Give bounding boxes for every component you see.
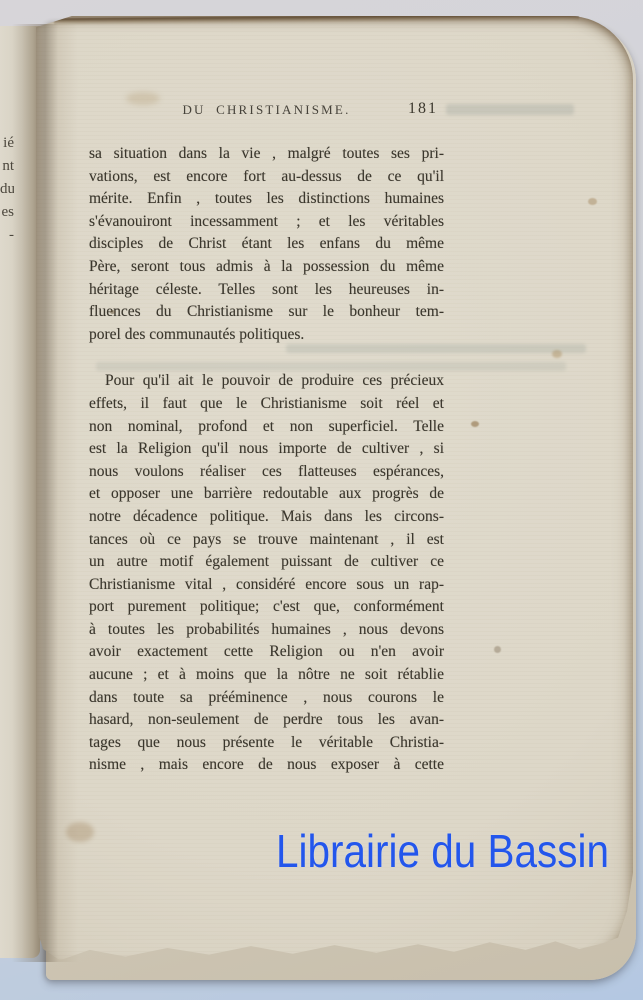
body-text: sa situation dans la vie , malgré toutes… bbox=[89, 143, 444, 777]
page-number: 181 bbox=[408, 100, 438, 118]
text-line: ié bbox=[0, 132, 14, 155]
text-line: es bbox=[0, 201, 14, 224]
text-line: nt bbox=[0, 155, 14, 178]
text-line: disciples de Christ étant les enfans du … bbox=[89, 233, 444, 256]
text-line: tances où ce pays se trouve maintenant ,… bbox=[89, 529, 444, 552]
text-line: fluences du Christianisme sur le bonheur… bbox=[89, 301, 444, 324]
text-line: s'évanouiront incessamment ; et les véri… bbox=[89, 211, 444, 234]
text-line: nous voulons réaliser ces flatteuses esp… bbox=[89, 461, 444, 484]
text-line: aucune ; et à moins que la nôtre ne soit… bbox=[89, 664, 444, 687]
text-line: Père, seront tous admis à la possession … bbox=[89, 256, 444, 279]
text-line: Pour qu'il ait le pouvoir de produire ce… bbox=[89, 370, 444, 393]
page-top-edge-shade bbox=[54, 14, 579, 26]
running-head-row: DU CHRISTIANISME. 181 bbox=[89, 102, 444, 122]
text-line: nisme , mais encore de nous exposer à ce… bbox=[89, 754, 444, 777]
text-line: un autre motif également puissant de cul… bbox=[89, 551, 444, 574]
foxing-stain bbox=[66, 822, 94, 842]
foxing-stain bbox=[588, 198, 597, 205]
text-line: port purement politique; c'est que, conf… bbox=[89, 596, 444, 619]
show-through-line bbox=[446, 104, 574, 115]
text-line: mérite. Enfin , toutes les distinctions … bbox=[89, 188, 444, 211]
text-line: dans toute sa prééminence , nous courons… bbox=[89, 687, 444, 710]
text-line: non nominal, profond et non superficiel.… bbox=[89, 416, 444, 439]
text-line: hasard, non-seulement de perdre tous les… bbox=[89, 709, 444, 732]
text-line: - bbox=[0, 224, 14, 247]
book-photo: iéntdues- DU CHRISTIANISME. 181 sa situa… bbox=[0, 0, 643, 1000]
running-head: DU CHRISTIANISME. bbox=[89, 102, 444, 118]
facing-page-edge: iéntdues- bbox=[0, 26, 40, 958]
facing-page-text-fragments: iéntdues- bbox=[0, 132, 14, 247]
text-line: héritage céleste. Telles sont les heureu… bbox=[89, 279, 444, 302]
text-line: et opposer une barrière redoutable aux p… bbox=[89, 483, 444, 506]
text-line: vations, est encore fort au-dessus de ce… bbox=[89, 166, 444, 189]
paragraph-1: sa situation dans la vie , malgré toutes… bbox=[89, 143, 444, 346]
text-line: du bbox=[0, 178, 14, 201]
paragraph-2: Pour qu'il ait le pouvoir de produire ce… bbox=[89, 370, 444, 777]
text-line: porel des communautés politiques. bbox=[89, 324, 444, 347]
foxing-stain bbox=[552, 350, 562, 358]
text-line: sa situation dans la vie , malgré toutes… bbox=[89, 143, 444, 166]
foxing-stain bbox=[471, 421, 479, 427]
foxing-stain bbox=[494, 646, 501, 653]
text-line: effets, il faut que le Christianisme soi… bbox=[89, 393, 444, 416]
watermark-text: Librairie du Bassin bbox=[276, 824, 609, 878]
text-line: à toutes les probabilités humaines , nou… bbox=[89, 619, 444, 642]
text-line: avoir exactement cette Religion ou n'en … bbox=[89, 641, 444, 664]
text-line: tages que nous présente le véritable Chr… bbox=[89, 732, 444, 755]
text-line: est la Religion qu'il nous importe de cu… bbox=[89, 438, 444, 461]
text-line: notre décadence politique. Mais dans les… bbox=[89, 506, 444, 529]
text-line: Christianisme vital , considéré encore s… bbox=[89, 574, 444, 597]
